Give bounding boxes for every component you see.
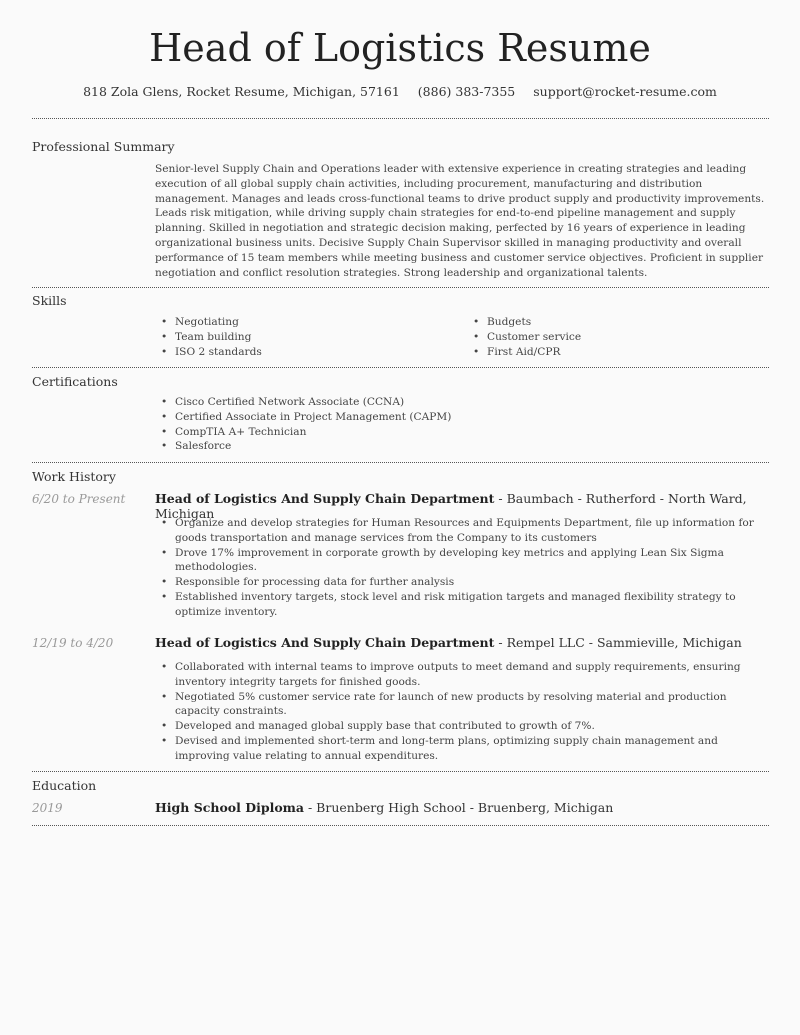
certification-item: Certified Associate in Project Managemen… xyxy=(175,410,451,425)
section-title-skills: Skills xyxy=(32,293,67,308)
certification-item: CompTIA A+ Technician xyxy=(175,425,451,440)
certification-item: Salesforce xyxy=(175,439,451,454)
job-bullet: Established inventory targets, stock lev… xyxy=(175,590,767,620)
education-details: - Bruenberg High School - Bruenberg, Mic… xyxy=(304,800,613,815)
divider xyxy=(32,825,769,826)
certification-item: Cisco Certified Network Associate (CCNA) xyxy=(175,395,451,410)
job-bullet: Negotiated 5% customer service rate for … xyxy=(175,690,767,720)
job-heading: Head of Logistics And Supply Chain Depar… xyxy=(155,635,742,650)
skill-item: First Aid/CPR xyxy=(487,345,581,360)
job-role: Head of Logistics And Supply Chain Depar… xyxy=(155,635,494,650)
divider xyxy=(32,367,769,368)
skills-column-2: Budgets Customer service First Aid/CPR xyxy=(467,315,581,359)
divider xyxy=(32,771,769,772)
skill-item: Customer service xyxy=(487,330,581,345)
job-bullet: Drove 17% improvement in corporate growt… xyxy=(175,546,767,576)
certifications-list: Cisco Certified Network Associate (CCNA)… xyxy=(155,395,451,454)
contact-line: 818 Zola Glens, Rocket Resume, Michigan,… xyxy=(0,84,800,99)
job-bullets: Organize and develop strategies for Huma… xyxy=(155,516,767,620)
skill-item: Budgets xyxy=(487,315,581,330)
education-heading: High School Diploma - Bruenberg High Sch… xyxy=(155,800,613,815)
summary-text: Senior-level Supply Chain and Operations… xyxy=(155,162,767,280)
skills-column-1: Negotiating Team building ISO 2 standard… xyxy=(155,315,262,359)
divider xyxy=(32,118,769,119)
section-title-education: Education xyxy=(32,778,96,793)
section-title-certifications: Certifications xyxy=(32,374,118,389)
email: support@rocket-resume.com xyxy=(533,84,717,99)
job-dates: 12/19 to 4/20 xyxy=(32,636,113,650)
education-year: 2019 xyxy=(32,801,63,815)
job-bullet: Devised and implemented short-term and l… xyxy=(175,734,767,764)
phone: (886) 383-7355 xyxy=(418,84,515,99)
job-bullet: Collaborated with internal teams to impr… xyxy=(175,660,767,690)
address: 818 Zola Glens, Rocket Resume, Michigan,… xyxy=(83,84,400,99)
job-bullet: Responsible for processing data for furt… xyxy=(175,575,767,590)
job-dates: 6/20 to Present xyxy=(32,492,125,506)
education-degree: High School Diploma xyxy=(155,800,304,815)
divider xyxy=(32,462,769,463)
divider xyxy=(32,287,769,288)
job-bullet: Organize and develop strategies for Huma… xyxy=(175,516,767,546)
job-bullet: Developed and managed global supply base… xyxy=(175,719,767,734)
skill-item: ISO 2 standards xyxy=(175,345,262,360)
job-details: - Rempel LLC - Sammieville, Michigan xyxy=(494,635,741,650)
resume-title: Head of Logistics Resume xyxy=(0,22,800,74)
section-title-summary: Professional Summary xyxy=(32,139,175,154)
job-role: Head of Logistics And Supply Chain Depar… xyxy=(155,491,494,506)
section-title-work-history: Work History xyxy=(32,469,116,484)
job-bullets: Collaborated with internal teams to impr… xyxy=(155,660,767,764)
skill-item: Team building xyxy=(175,330,262,345)
skill-item: Negotiating xyxy=(175,315,262,330)
resume-page: Head of Logistics Resume 818 Zola Glens,… xyxy=(0,0,800,1035)
